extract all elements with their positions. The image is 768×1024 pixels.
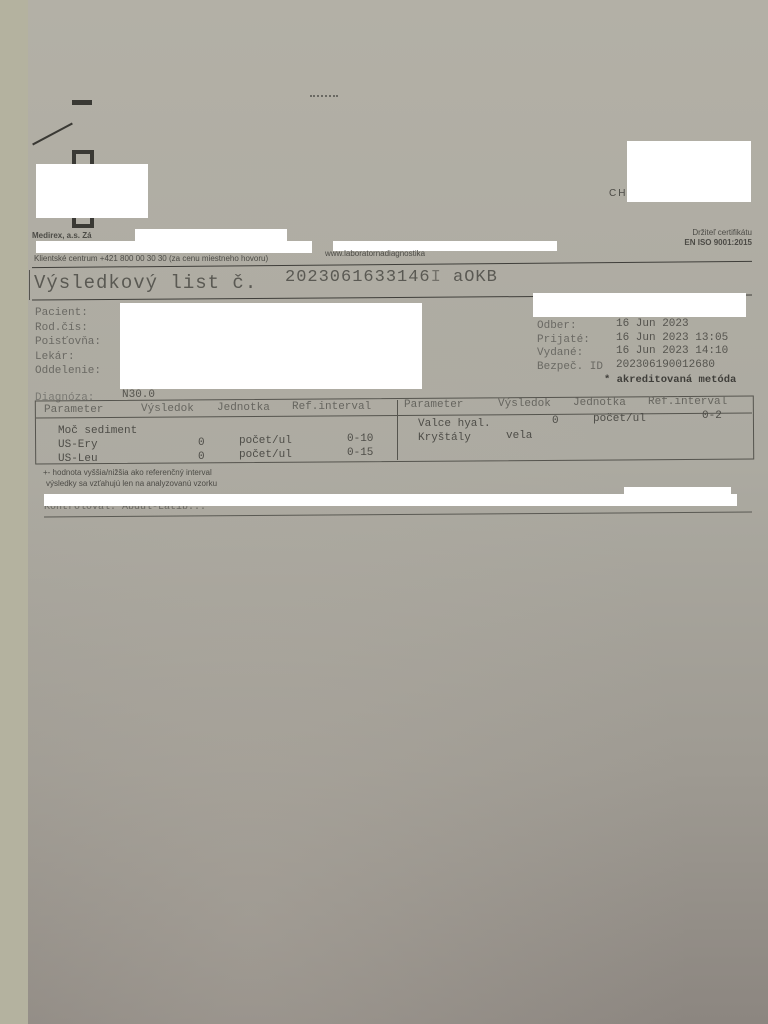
collection-label: Odber: [537,320,603,334]
report-suffix: aOKB [453,268,498,287]
right-header-ref: Ref.interval [648,396,727,408]
patient-labels: Pacient: Rod.čís: Poisťovňa: Lekár: Odde… [35,306,101,379]
redacted-lab-info [533,293,746,317]
redacted-code [627,141,751,202]
footnote-sample: výsledky sa vzťahujú len na analyzovanú … [46,479,217,488]
certificate-standard: EN ISO 9001:2015 [684,238,752,247]
table-row-ref: 0-10 [347,433,373,445]
redacted-address [135,229,287,241]
report-number: 2023061633146I aOKB [285,268,498,287]
table-row-result: 0 [198,451,205,463]
received-date: 16 Jun 2023 13:05 [616,332,728,346]
security-id-label: Bezpeč. ID [537,361,603,375]
table-row-param: Valce hyal. [418,418,491,430]
redacted-footer-2 [624,487,731,499]
table-row-result: 0 [198,437,205,449]
rule-left [29,270,30,300]
table-row-unit: počet/ul [593,413,646,425]
issued-label: Vydané: [537,347,603,361]
certificate-holder: Držiteľ certifikátu [692,228,752,237]
issued-date: 16 Jun 2023 14:10 [616,345,728,359]
department-label: Oddelenie: [35,364,101,379]
redacted-address-2 [36,241,312,253]
insurance-label: Poisťovňa: [35,335,101,350]
footnote-flag: +- hodnota vyššia/nižšia ako referenčný … [43,468,212,477]
right-header-unit: Jednotka [573,397,626,409]
patient-label: Pacient: [35,306,101,321]
security-id: 202306190012680 [616,359,728,373]
table-row-param: Kryštály [418,432,471,444]
received-label: Prijaté: [537,334,603,348]
table-row-param: US-Ery [58,439,98,451]
table-row-result: vela [506,430,532,442]
date-values: 16 Jun 2023 16 Jun 2023 13:05 16 Jun 202… [616,318,728,372]
right-header-result: Výsledok [498,398,551,410]
left-header-result: Výsledok [141,403,194,415]
page-title: Výsledkový list č. [34,272,257,294]
left-header-unit: Jednotka [217,402,270,414]
redacted-patient-info [120,303,422,389]
table-row-ref: 0-15 [347,447,373,459]
table-row-unit: počet/ul [239,435,292,447]
table-row-unit: počet/ul [239,449,292,461]
doctor-label: Lekár: [35,350,101,365]
table-row-ref: 0-2 [702,410,722,422]
left-header-ref: Ref.interval [292,401,371,413]
right-header-parameter: Parameter [404,399,463,411]
company-line: Medirex, a.s. Zá [32,231,92,240]
contact-line: Klientské centrum +421 800 00 30 30 (za … [34,254,268,263]
date-labels: Odber: Prijaté: Vydané: Bezpeč. ID [537,320,603,374]
left-header-parameter: Parameter [44,404,103,416]
report-number-value: 2023061633146 [285,268,431,287]
logo-dots [310,95,338,97]
redacted-logo [36,164,148,218]
table-row-result: 0 [552,415,559,427]
birth-number-label: Rod.čís: [35,321,101,336]
accredited-note: * akreditovaná metóda [604,374,736,386]
website-link[interactable]: www.laboratornadiagnostika.sk [325,249,425,258]
table-divider [397,400,398,460]
table-row-param: US-Leu [58,453,98,465]
left-group-label: Moč sediment [58,425,137,437]
header-code-prefix: CH [609,188,627,199]
logo-mark-top [72,100,92,105]
collection-date: 16 Jun 2023 [616,318,728,332]
